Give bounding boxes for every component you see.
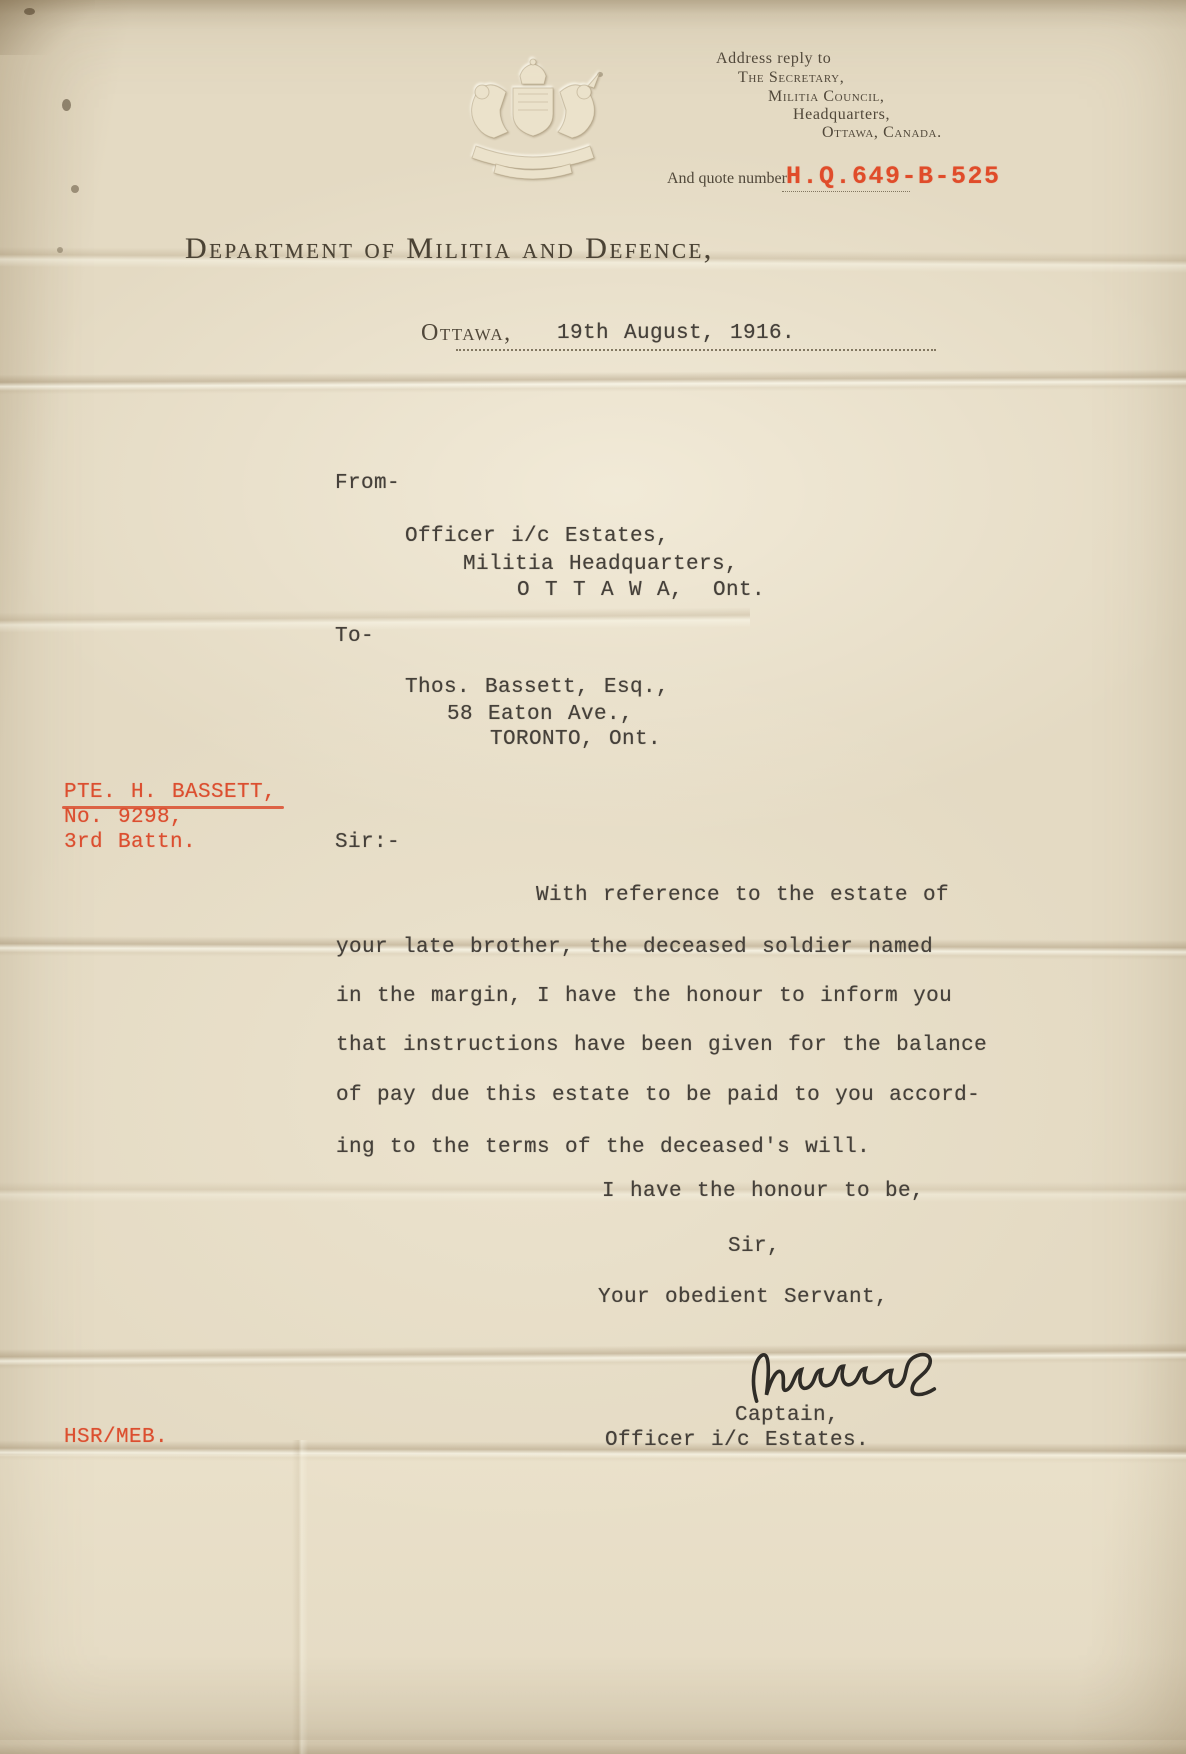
body-line: your late brother, the deceased soldier … xyxy=(336,936,933,960)
body-line: ing to the terms of the deceased's will. xyxy=(336,1136,870,1160)
from-line: Militia Headquarters, xyxy=(463,553,738,577)
paper-speck xyxy=(57,247,63,253)
signatory-rank: Captain, xyxy=(735,1404,839,1428)
signatory-title: Officer i/c Estates. xyxy=(605,1429,869,1453)
paper-speck xyxy=(24,8,35,15)
to-line: Thos. Bassett, Esq., xyxy=(405,676,669,700)
corner-fold xyxy=(0,0,95,55)
department-title: Department of Militia and Defence, xyxy=(185,232,714,266)
file-number-stamp: H.Q.649-B-525 xyxy=(786,162,1001,191)
reply-address-line: Headquarters, xyxy=(793,106,890,124)
letter-page: Address reply to The Secretary, Militia … xyxy=(0,0,1186,1754)
reference-initials: HSR/MEB. xyxy=(64,1426,168,1450)
body-line: in the margin, I have the honour to info… xyxy=(336,985,952,1009)
royal-coat-of-arms-icon xyxy=(448,58,618,190)
fold-crease xyxy=(0,607,750,632)
fold-crease xyxy=(0,1440,1186,1463)
margin-note-number: No. 9298, xyxy=(64,806,183,830)
place-label: Ottawa, xyxy=(421,320,512,347)
margin-note-name: PTE. H. BASSETT, xyxy=(64,781,276,805)
closing-line: I have the honour to be, xyxy=(602,1180,924,1204)
reply-address-line: The Secretary, xyxy=(738,69,844,87)
paper-speck xyxy=(62,99,71,111)
fold-crease xyxy=(0,1182,1186,1202)
quote-number-label: And quote number xyxy=(667,170,787,188)
body-line: With reference to the estate of xyxy=(536,884,949,908)
fold-crease xyxy=(0,369,1186,394)
reply-address-line: Militia Council, xyxy=(768,88,884,106)
from-label: From- xyxy=(335,472,400,496)
body-line: of pay due this estate to be paid to you… xyxy=(336,1084,980,1108)
reply-address-line: Address reply to xyxy=(716,50,831,68)
to-label: To- xyxy=(335,625,374,649)
closing-line: Sir, xyxy=(728,1235,780,1259)
from-line: Officer i/c Estates, xyxy=(405,525,669,549)
margin-note-battalion: 3rd Battn. xyxy=(64,831,196,855)
to-line: TORONTO, Ont. xyxy=(490,728,661,752)
date-line: 19th August, 1916. xyxy=(557,322,795,346)
from-line: O T T A W A, Ont. xyxy=(517,579,765,603)
closing-line: Your obedient Servant, xyxy=(598,1286,888,1310)
salutation: Sir:- xyxy=(335,831,400,855)
paper-tone xyxy=(0,1455,1186,1740)
reply-address-line: Ottawa, Canada. xyxy=(822,124,942,142)
fold-crease xyxy=(0,1343,1186,1369)
fold-crease xyxy=(292,1440,308,1754)
paper-speck xyxy=(71,185,79,193)
body-line: that instructions have been given for th… xyxy=(336,1034,987,1058)
to-line: 58 Eaton Ave., xyxy=(447,703,633,727)
